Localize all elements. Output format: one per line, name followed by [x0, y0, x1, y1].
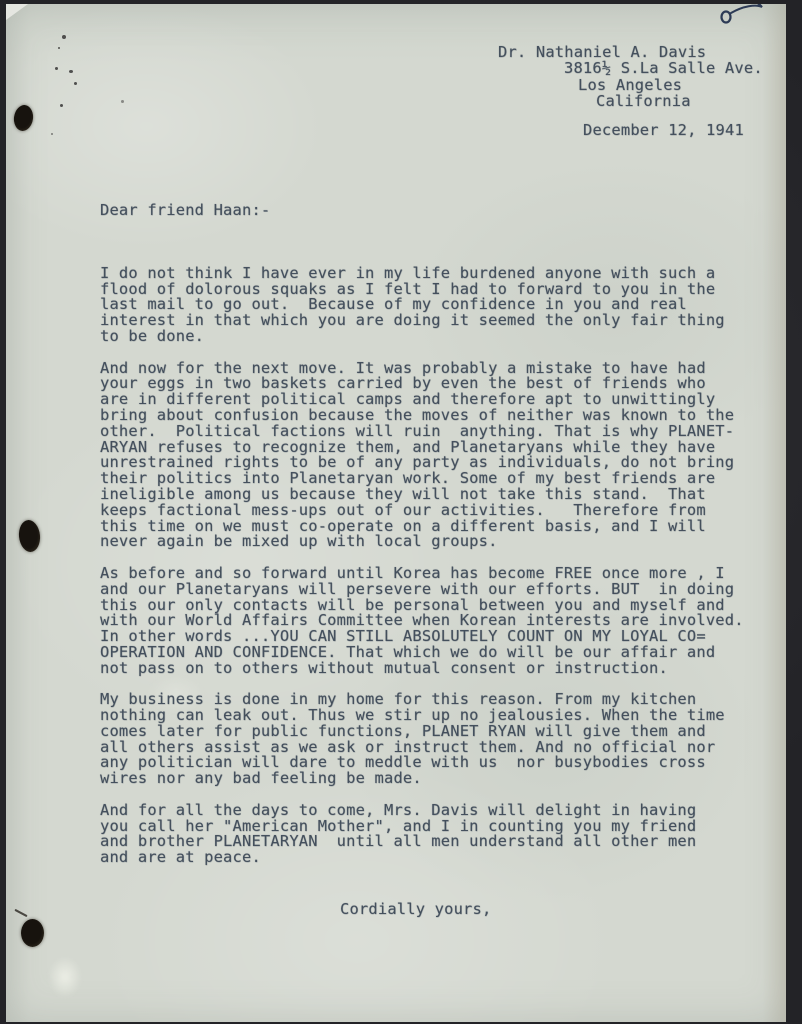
salutation: Dear friend Haan:- — [100, 203, 744, 219]
paragraph: I do not think I have ever in my life bu… — [100, 266, 744, 345]
sender-address-block: Dr. Nathaniel A. Davis3816½ S.La Salle A… — [498, 44, 763, 110]
letter-line: not pass on to others without mutual con… — [100, 661, 744, 677]
letter-body: Dear friend Haan:- I do not think I have… — [100, 171, 744, 949]
scanned-letter-page: Dr. Nathaniel A. Davis3816½ S.La Salle A… — [0, 0, 802, 1024]
paper-speck — [121, 100, 124, 103]
letter-line: never again be mixed up with local group… — [100, 534, 744, 550]
paper-speck — [69, 70, 73, 73]
ink-blot-hole — [21, 919, 44, 947]
embossed-mark — [48, 956, 82, 998]
paragraph: And now for the next move. It was probab… — [100, 361, 744, 551]
ink-blot-hole — [12, 104, 34, 132]
paragraphs-container: I do not think I have ever in my life bu… — [100, 266, 744, 866]
ink-blot-hole — [17, 519, 41, 553]
paragraph: My business is done in my home for this … — [100, 692, 744, 787]
letter-date: December 12, 1941 — [583, 123, 744, 139]
letter-paper: Dr. Nathaniel A. Davis3816½ S.La Salle A… — [6, 4, 786, 1022]
paragraph: As before and so forward until Korea has… — [100, 566, 744, 677]
letter-line: wires nor any bad feeling be made. — [100, 771, 744, 787]
letter-line: and are at peace. — [100, 850, 744, 866]
sender-line: 3816½ S.La Salle Ave. — [498, 60, 763, 76]
sender-line: Los Angeles — [498, 77, 763, 93]
ink-hair-mark — [14, 909, 27, 917]
paper-speck — [74, 82, 77, 85]
paper-speck — [58, 47, 60, 49]
paper-speck — [62, 35, 66, 39]
paragraph: And for all the days to come, Mrs. Davis… — [100, 803, 744, 866]
sender-line: Dr. Nathaniel A. Davis — [498, 44, 763, 60]
paper-speck — [55, 67, 58, 70]
handwritten-o-annotation — [698, 4, 768, 34]
letter-line: to be done. — [100, 329, 744, 345]
sender-line: California — [498, 93, 763, 109]
torn-corner — [6, 4, 28, 20]
paper-speck — [60, 104, 63, 107]
paper-speck — [51, 133, 53, 135]
closing: Cordially yours, — [100, 902, 744, 918]
